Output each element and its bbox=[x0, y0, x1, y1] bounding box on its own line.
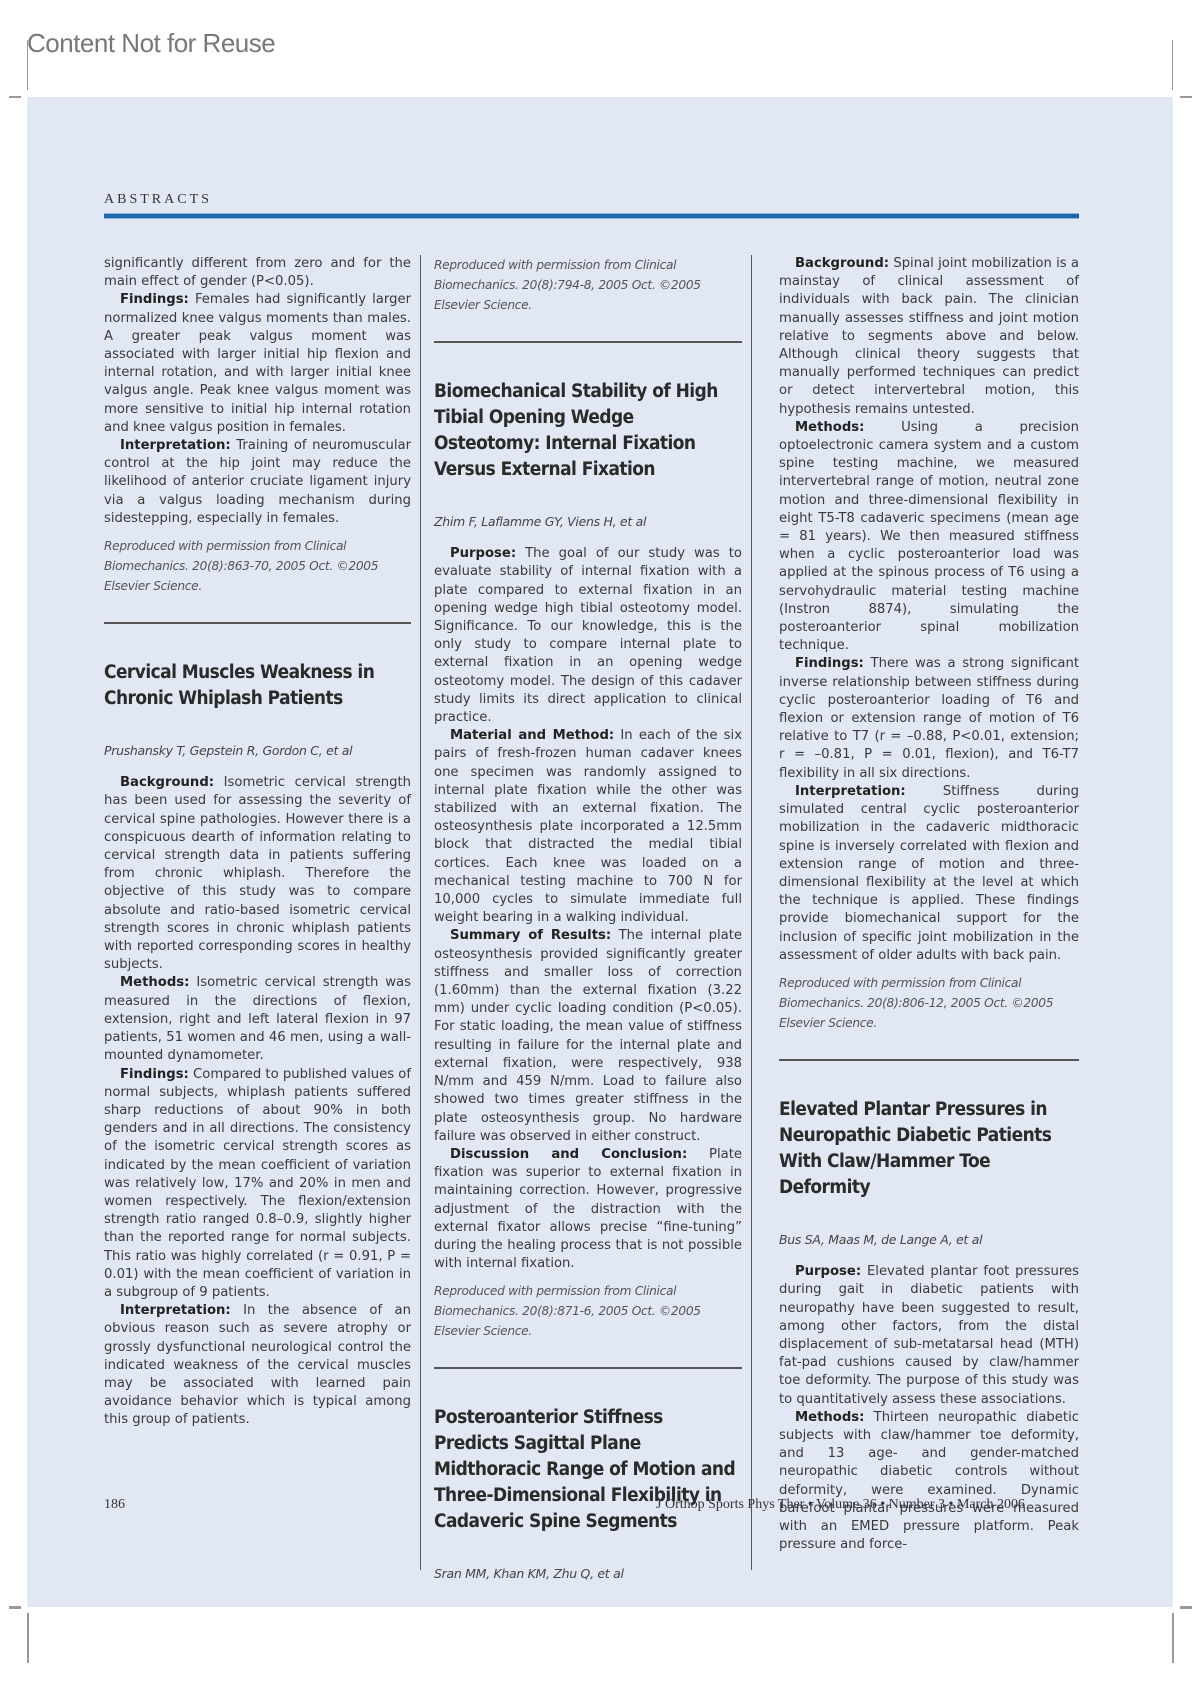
article-authors: Zhim F, Laflamme GY, Viens H, et al bbox=[434, 513, 742, 531]
paragraph: Methods: Isometric cervical strength was… bbox=[104, 974, 411, 1065]
paragraph: Discussion and Conclusion: Plate fixatio… bbox=[434, 1146, 742, 1273]
crop-mark bbox=[9, 96, 21, 98]
paragraph: Interpretation: Stiffness during simulat… bbox=[779, 783, 1079, 965]
paragraph: Background: Isometric cervical strength … bbox=[104, 774, 411, 974]
reproduction-note: Reproduced with permission from Clinical… bbox=[779, 973, 1079, 1033]
crop-mark bbox=[27, 40, 28, 90]
paragraph: Methods: Thirteen neuropathic diabetic s… bbox=[779, 1409, 1079, 1555]
journal-citation: J Orthop Sports Phys Ther • Volume 36 • … bbox=[656, 1497, 1025, 1513]
crop-mark bbox=[9, 1606, 21, 1609]
reproduction-note: Reproduced with permission from Clinical… bbox=[104, 536, 411, 596]
paragraph: Background: Spinal joint mobilization is… bbox=[779, 255, 1079, 419]
article-title: Elevated Plantar Pressures in Neuropathi… bbox=[779, 1097, 1077, 1201]
paragraph: Summary of Results: The internal plate o… bbox=[434, 927, 742, 1145]
paragraph: Methods: Using a precision optoelectroni… bbox=[779, 419, 1079, 656]
reproduction-note: Reproduced with permission from Clinical… bbox=[434, 255, 742, 315]
article-title: Cervical Muscles Weakness in Chronic Whi… bbox=[104, 660, 409, 712]
crop-mark bbox=[1172, 40, 1173, 90]
page-number: 186 bbox=[104, 1497, 125, 1513]
article-separator bbox=[434, 341, 742, 343]
column-3: Background: Spinal joint mobilization is… bbox=[779, 255, 1079, 1554]
crop-mark bbox=[1172, 1613, 1174, 1663]
article-authors: Sran MM, Khan KM, Zhu Q, et al bbox=[434, 1565, 742, 1583]
paragraph: Findings: There was a strong significant… bbox=[779, 655, 1079, 782]
crop-mark bbox=[1180, 96, 1192, 98]
journal-page: ABSTRACTS significantly different from z… bbox=[27, 97, 1173, 1607]
article-separator bbox=[779, 1059, 1079, 1061]
crop-mark bbox=[1180, 1606, 1192, 1609]
article-title: Posteroanterior Stiffness Predicts Sagit… bbox=[434, 1405, 740, 1535]
paragraph: Interpretation: Training of neuromuscula… bbox=[104, 437, 411, 528]
paragraph: Purpose: Elevated plantar foot pressures… bbox=[779, 1263, 1079, 1409]
article-authors: Bus SA, Maas M, de Lange A, et al bbox=[779, 1231, 1079, 1249]
paragraph: significantly different from zero and fo… bbox=[104, 255, 411, 291]
watermark: Content Not for Reuse bbox=[27, 28, 275, 59]
article-title: Biomechanical Stability of High Tibial O… bbox=[434, 379, 740, 483]
column-2: Reproduced with permission from Clinical… bbox=[434, 255, 742, 1598]
reproduction-note: Reproduced with permission from Clinical… bbox=[434, 1281, 742, 1341]
paragraph: Findings: Females had significantly larg… bbox=[104, 291, 411, 437]
paragraph: Findings: Compared to published values o… bbox=[104, 1066, 411, 1303]
column-divider bbox=[751, 255, 752, 1570]
crop-mark bbox=[27, 1613, 29, 1663]
paragraph: Purpose: The goal of our study was to ev… bbox=[434, 545, 742, 727]
column-1: significantly different from zero and fo… bbox=[104, 255, 411, 1430]
paragraph: Material and Method: In each of the six … bbox=[434, 727, 742, 927]
article-authors: Prushansky T, Gepstein R, Gordon C, et a… bbox=[104, 742, 411, 760]
paragraph: Interpretation: In the absence of an obv… bbox=[104, 1302, 411, 1429]
article-separator bbox=[104, 622, 411, 624]
header-rule bbox=[104, 213, 1079, 219]
article-separator bbox=[434, 1367, 742, 1369]
column-divider bbox=[420, 255, 421, 1570]
section-header: ABSTRACTS bbox=[104, 192, 212, 208]
